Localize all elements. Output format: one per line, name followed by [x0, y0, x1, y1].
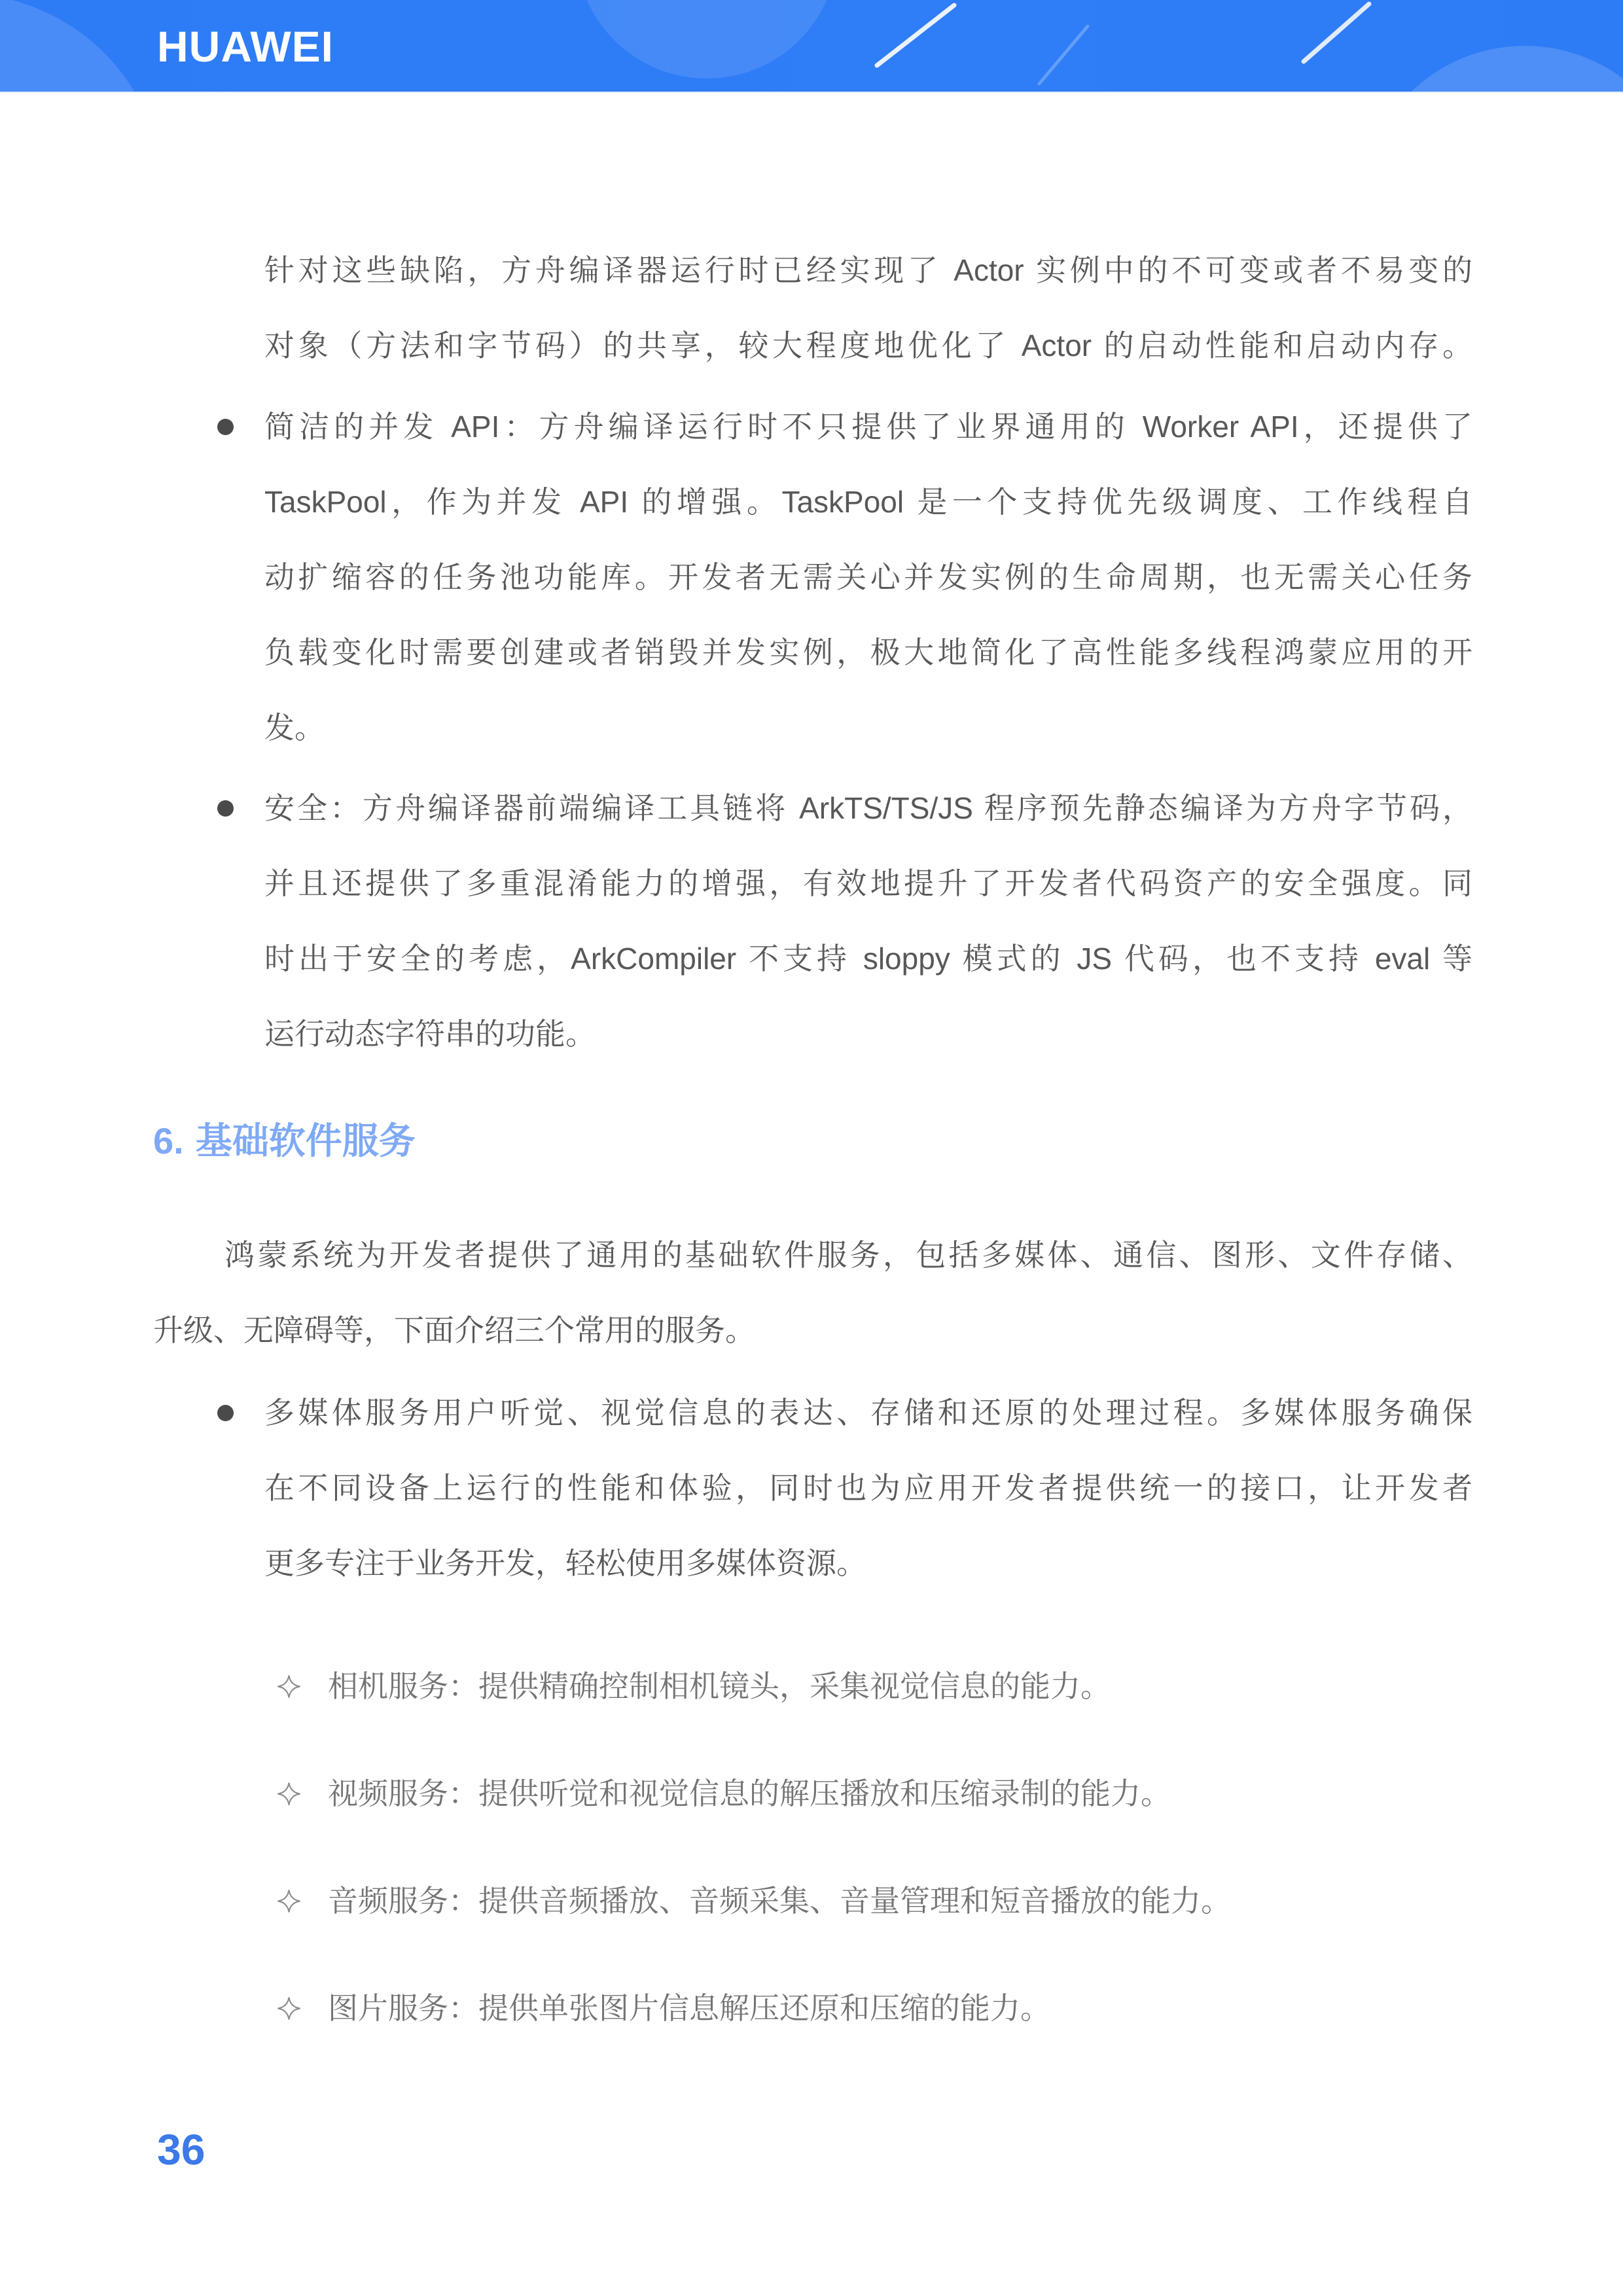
text-line: 在不同设备上运行的性能和体验，同时也为应用开发者提供统一的接口，让开发者 — [264, 1451, 1472, 1526]
bullet-dot-icon — [217, 800, 234, 817]
sub-bullet-audio: 音频服务：提供音频播放、音频采集、音量管理和短音播放的能力。 — [153, 1863, 1472, 1939]
bullet-dot-icon — [217, 1405, 234, 1421]
text-line: 简洁的并发 API：方舟编译运行时不只提供了业界通用的 Worker API，还… — [264, 389, 1472, 465]
text-line: 对象（方法和字节码）的共享，较大程度地优化了 Actor 的启动性能和启动内存。 — [264, 308, 1472, 383]
text-line: 并且还提供了多重混淆能力的增强，有效地提升了开发者代码资产的安全强度。同 — [264, 846, 1472, 921]
bullet-list-arkcompiler: 简洁的并发 API：方舟编译运行时不只提供了业界通用的 Worker API，还… — [153, 389, 1472, 1072]
sub-bullet-text: 图片服务：提供单张图片信息解压还原和压缩的能力。 — [328, 1991, 1050, 2025]
text-line: 鸿蒙系统为开发者提供了通用的基础软件服务，包括多媒体、通信、图形、文件存储、 — [153, 1218, 1472, 1293]
sub-bullet-image: 图片服务：提供单张图片信息解压还原和压缩的能力。 — [153, 1971, 1472, 2046]
sub-bullet-text: 音频服务：提供音频播放、音频采集、音量管理和短音播放的能力。 — [328, 1884, 1231, 1918]
section-heading: 6.基础软件服务 — [153, 1115, 1472, 1167]
paragraph-basic-services: 鸿蒙系统为开发者提供了通用的基础软件服务，包括多媒体、通信、图形、文件存储、 升… — [153, 1218, 1472, 1368]
text-line: 多媒体服务用户听觉、视觉信息的表达、存储和还原的处理过程。多媒体服务确保 — [264, 1375, 1472, 1451]
section-title: 基础软件服务 — [196, 1120, 416, 1161]
bullet-concurrency-api: 简洁的并发 API：方舟编译运行时不只提供了业界通用的 Worker API，还… — [153, 389, 1472, 766]
text-line: 针对这些缺陷，方舟编译器运行时已经实现了 Actor 实例中的不可变或者不易变的 — [264, 233, 1472, 308]
paragraph-actor-optimization: 针对这些缺陷，方舟编译器运行时已经实现了 Actor 实例中的不可变或者不易变的… — [264, 233, 1472, 383]
sub-bullet-list-media-services: 相机服务：提供精确控制相机镜头，采集视觉信息的能力。 视频服务：提供听觉和视觉信… — [153, 1649, 1472, 2046]
bullet-multimedia-service: 多媒体服务用户听觉、视觉信息的表达、存储和还原的处理过程。多媒体服务确保 在不同… — [153, 1375, 1472, 1601]
text-line: TaskPool，作为并发 API 的增强。TaskPool 是一个支持优先级调… — [264, 465, 1472, 540]
page-number: 36 — [157, 2123, 1472, 2176]
bullet-security: 安全：方舟编译器前端编译工具链将 ArkTS/TS/JS 程序预先静态编译为方舟… — [153, 771, 1472, 1072]
text-line: 时出于安全的考虑，ArkCompiler 不支持 sloppy 模式的 JS 代… — [264, 921, 1472, 997]
text-line: 发。 — [264, 690, 1472, 766]
sub-bullet-text: 相机服务：提供精确控制相机镜头，采集视觉信息的能力。 — [328, 1669, 1111, 1703]
sub-bullet-video: 视频服务：提供听觉和视觉信息的解压播放和压缩录制的能力。 — [153, 1756, 1472, 1831]
bullet-list-multimedia: 多媒体服务用户听觉、视觉信息的表达、存储和还原的处理过程。多媒体服务确保 在不同… — [153, 1375, 1472, 1601]
document-page: HUAWEI 针对这些缺陷，方舟编译器运行时已经实现了 Actor 实例中的不可… — [0, 0, 1623, 2296]
huawei-logo: HUAWEI — [157, 0, 334, 93]
text-line: 负载变化时需要创建或者销毁并发实例，极大地简化了高性能多线程鸿蒙应用的开 — [264, 615, 1472, 690]
text-line: 动扩缩容的任务池功能库。开发者无需关心并发实例的生命周期，也无需关心任务 — [264, 540, 1472, 615]
diamond-bullet-icon — [277, 1996, 301, 2021]
sub-bullet-text: 视频服务：提供听觉和视觉信息的解压播放和压缩录制的能力。 — [328, 1776, 1171, 1810]
page-header: HUAWEI — [0, 0, 1623, 93]
text-line: 更多专注于业务开发，轻松使用多媒体资源。 — [264, 1526, 1472, 1601]
sub-bullet-camera: 相机服务：提供精确控制相机镜头，采集视觉信息的能力。 — [153, 1649, 1472, 1724]
section-number: 6. — [153, 1120, 184, 1161]
text-line: 升级、无障碍等，下面介绍三个常用的服务。 — [153, 1293, 1472, 1368]
bullet-dot-icon — [217, 419, 234, 435]
text-line: 运行动态字符串的功能。 — [264, 997, 1472, 1072]
page-content: 针对这些缺陷，方舟编译器运行时已经实现了 Actor 实例中的不可变或者不易变的… — [0, 93, 1623, 2176]
diamond-bullet-icon — [277, 1889, 301, 1913]
diamond-bullet-icon — [277, 1782, 301, 1806]
diamond-bullet-icon — [277, 1674, 301, 1699]
text-line: 安全：方舟编译器前端编译工具链将 ArkTS/TS/JS 程序预先静态编译为方舟… — [264, 771, 1472, 846]
